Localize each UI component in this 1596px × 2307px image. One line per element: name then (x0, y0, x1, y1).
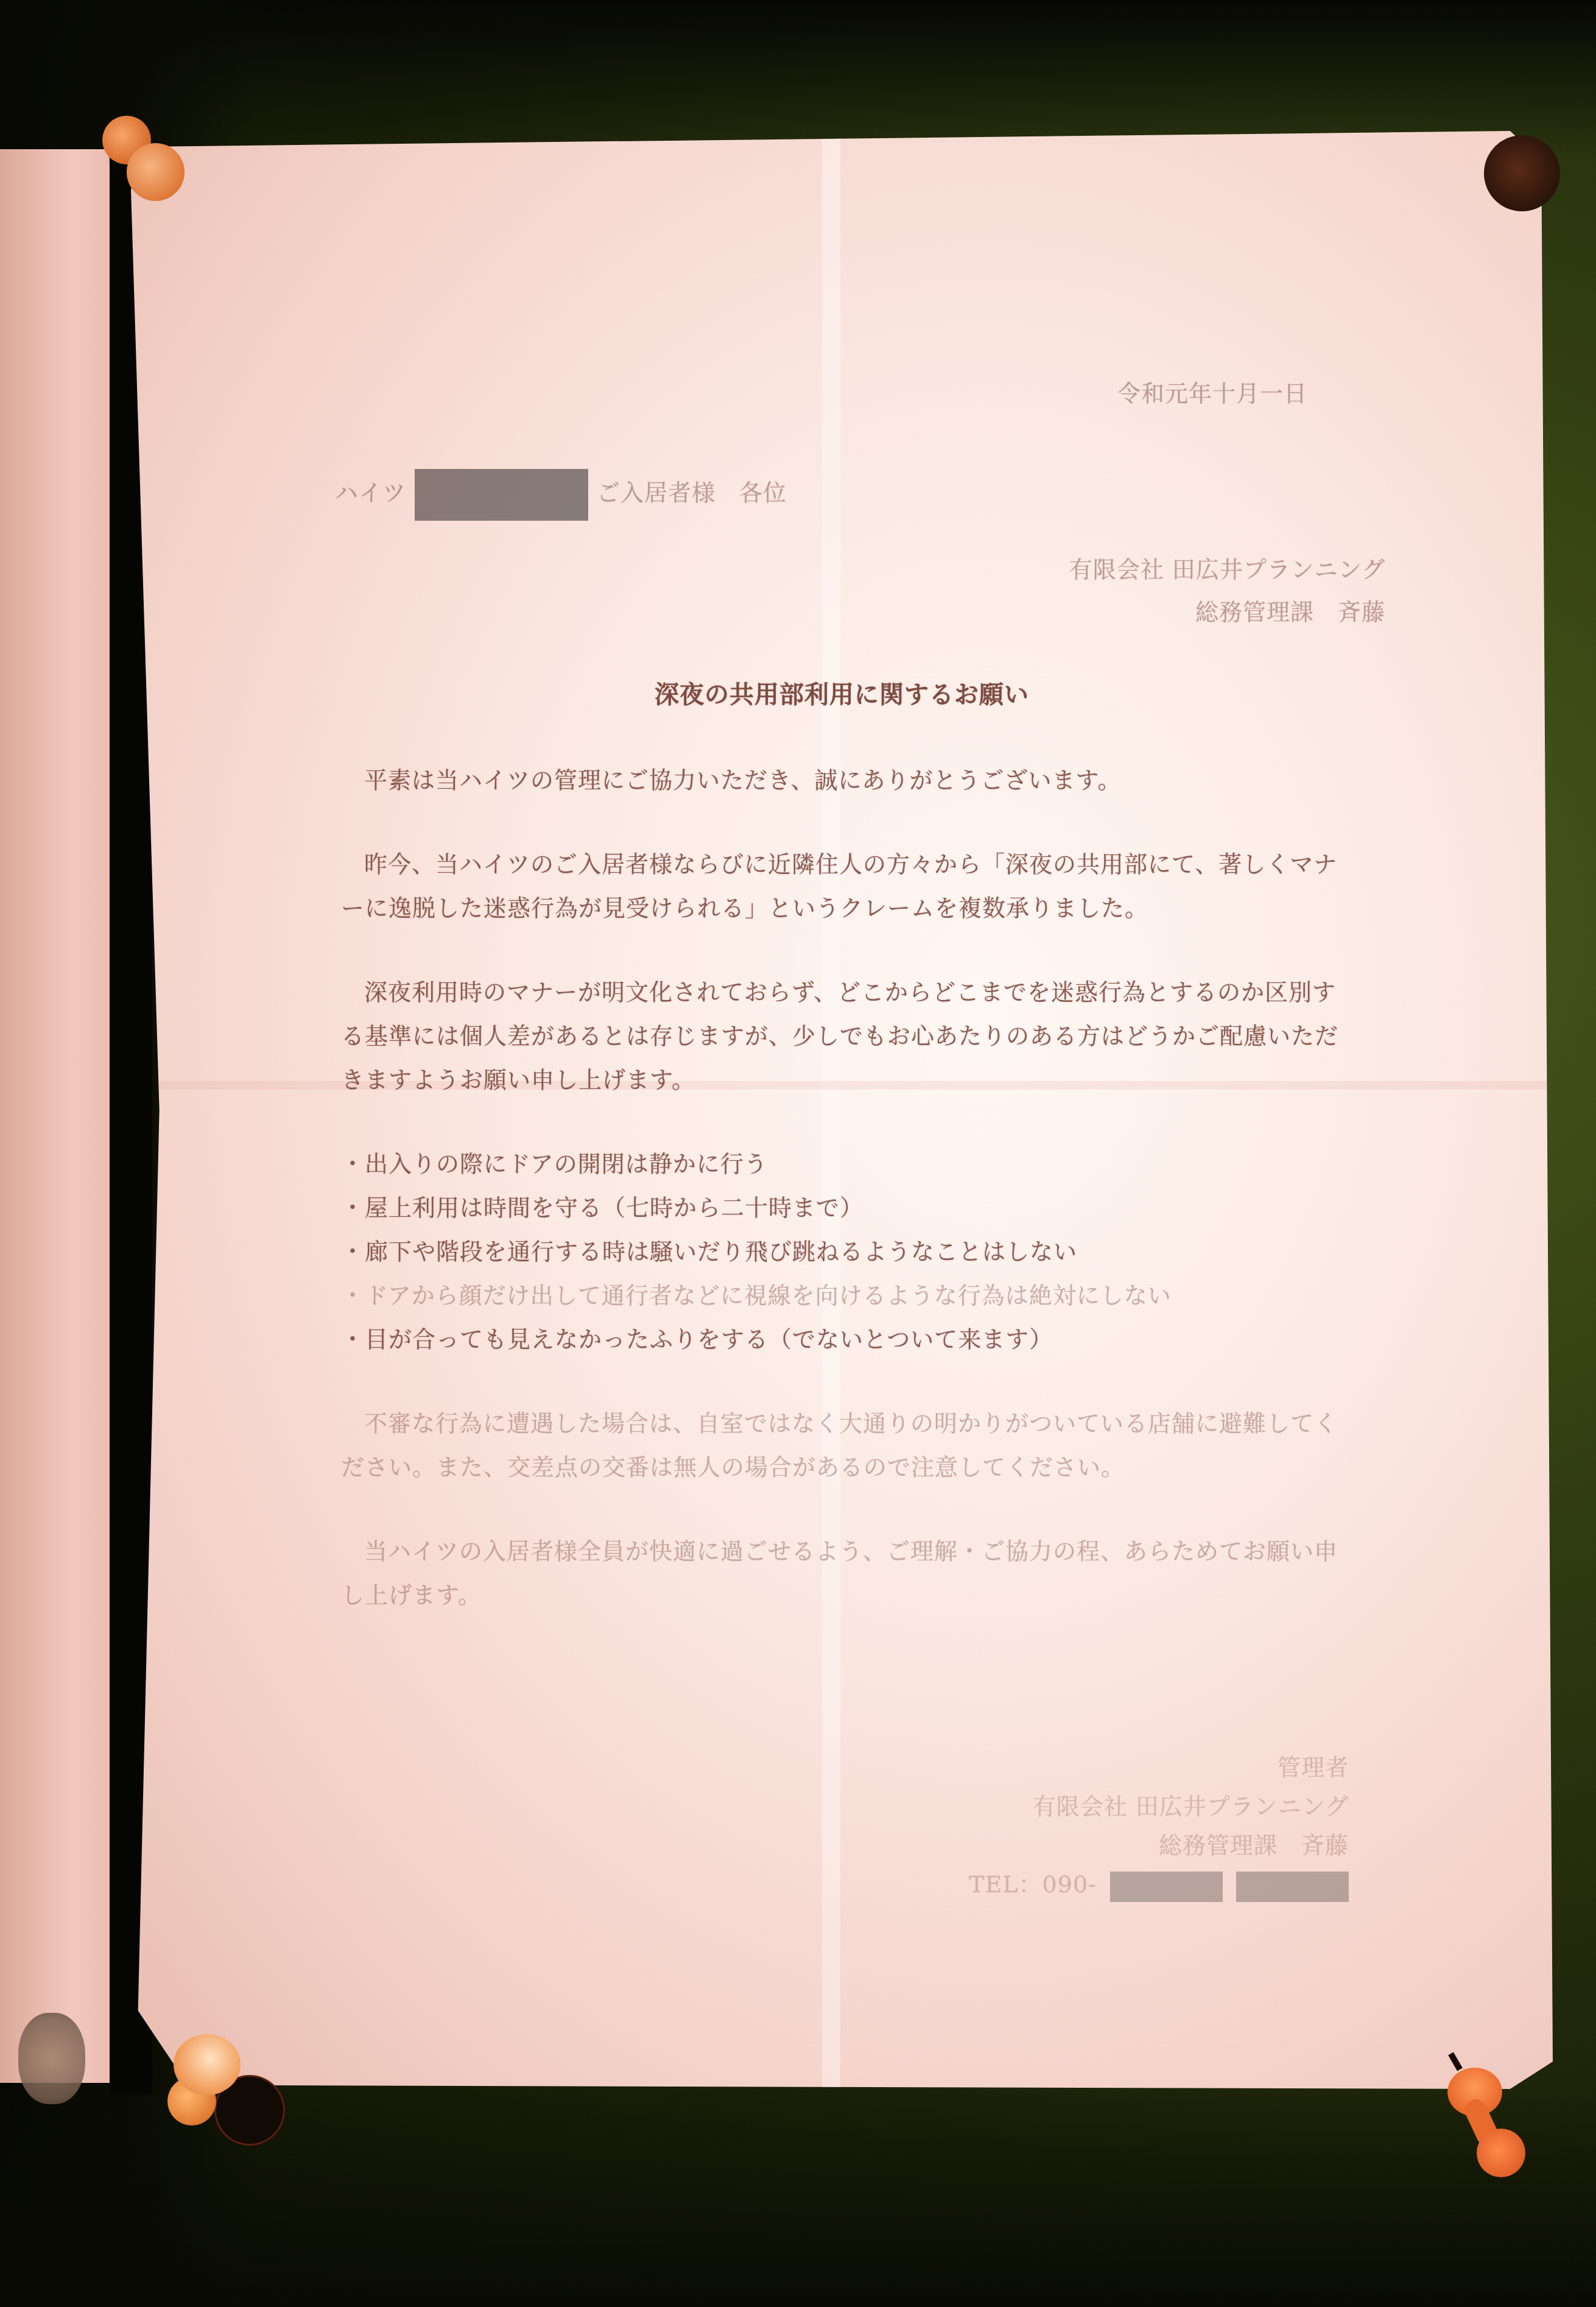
footer-role: 管理者 (969, 1748, 1349, 1787)
addressee-prefix: ハイツ (335, 479, 406, 506)
paragraph-closing: 当ハイツの入居者様全員が快適に過ごせるよう、ご理解・ご協力の程、あらためてお願い… (341, 1529, 1346, 1617)
footer-phone: TEL：090- (969, 1865, 1349, 1904)
paragraph-request: 深夜利用時のマナーが明文化されておらず、どこからどこまでを迷惑行為とするのか区別… (341, 970, 1346, 1102)
footer-department: 総務管理課 斉藤 (969, 1826, 1349, 1865)
sender-block: 有限会社 田広井プランニング 総務管理課 斉藤 (1069, 548, 1385, 633)
rule-item: ・目が合っても見えなかったふりをする（でないとついて来ます） (341, 1317, 1346, 1361)
redacted-building-name (415, 469, 588, 521)
paragraph-suspicious-activity: 不審な行為に遭遇した場合は、自室ではなく大通りの明かりがついている店舗に避難して… (341, 1401, 1346, 1489)
rules-list: ・出入りの際にドアの開閉は静かに行う ・屋上利用は時間を守る（七時から二十時まで… (341, 1142, 1346, 1361)
pushpin-icon (1477, 2129, 1525, 2177)
rule-item: ・屋上利用は時間を守る（七時から二十時まで） (341, 1186, 1346, 1230)
sender-company: 有限会社 田広井プランニング (1069, 548, 1385, 591)
footer-signature: 管理者 有限会社 田広井プランニング 総務管理課 斉藤 TEL：090- (969, 1748, 1349, 1904)
footer-tel-label: TEL：090- (969, 1871, 1097, 1898)
addressee-suffix: ご入居者様 各位 (597, 479, 787, 506)
addressee-line: ハイツご入居者様 各位 (335, 469, 787, 521)
pushpin-icon (1484, 135, 1560, 211)
rule-item: ・出入りの際にドアの開閉は静かに行う (341, 1142, 1346, 1186)
paragraph-greeting: 平素は当ハイツの管理にご協力いただき、誠にありがとうございます。 (341, 758, 1346, 802)
footer-company: 有限会社 田広井プランニング (969, 1787, 1349, 1826)
redacted-phone-part-1 (1110, 1872, 1223, 1902)
rule-item: ・ドアから顔だけ出して通行者などに視線を向けるような行為は絶対にしない (341, 1273, 1346, 1317)
adjacent-notice-sheet (0, 149, 119, 2083)
pushpin-icon (18, 2013, 85, 2104)
notice-sheet: 令和元年十月一日 ハイツご入居者様 各位 有限会社 田広井プランニング 総務管理… (131, 131, 1553, 2089)
notice-title: 深夜の共用部利用に関するお願い (131, 673, 1553, 717)
notice-body: 平素は当ハイツの管理にご協力いただき、誠にありがとうございます。 昨今、当ハイツ… (341, 758, 1346, 1657)
pushpin-icon (174, 2034, 241, 2095)
redacted-phone-part-2 (1236, 1872, 1349, 1902)
pushpin-icon (127, 143, 185, 201)
sender-department: 総務管理課 斉藤 (1069, 591, 1385, 633)
paragraph-complaints: 昨今、当ハイツのご入居者様ならびに近隣住人の方々から「深夜の共用部にて、著しくマ… (341, 842, 1346, 930)
rule-item: ・廊下や階段を通行する時は騒いだり飛び跳ねるようなことはしない (341, 1230, 1346, 1273)
notice-date: 令和元年十月一日 (1117, 372, 1307, 415)
